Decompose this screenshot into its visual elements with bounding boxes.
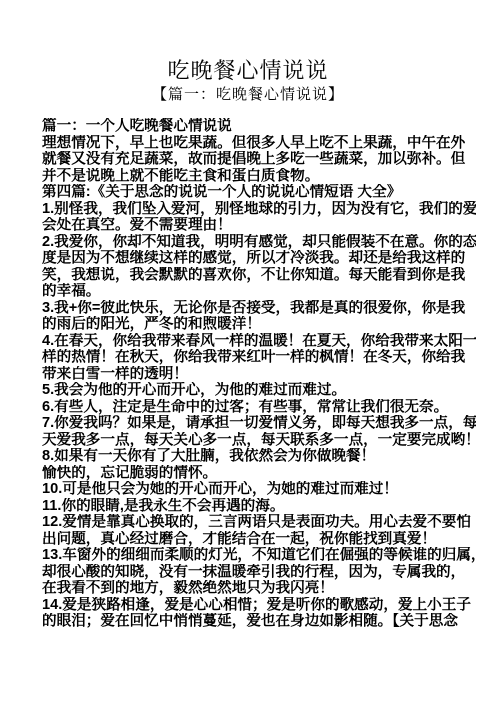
body-line: 1.别怪我，我们坠入爱河，别怪地球的引力，因为没有它，我们的爱 [42,201,476,218]
body-line: 会处在真空。爱不需要理由！ [42,217,476,234]
body-line: 7.你爱我吗？如果是，请承担一切爱情义务，即每天想我多一点，每 [42,415,476,432]
body-line: 3.我+你=彼此快乐，无论你是否接受，我都是真的很爱你，你是我 [42,300,476,317]
body-line: 愉快的，忘记脆弱的情怀。 [42,465,476,482]
body-line: 篇一：一个人吃晚餐心情说说 [42,118,476,135]
body-line: 出问题，真心经过磨合，才能结合在一起，祝你能找到真爱！ [42,531,476,548]
body-line: 的眼泪；爱在回忆中悄悄蔓延，爱也在身边如影相随。【关于思念 [42,613,476,630]
body-line: 笑，我想说，我会默默的喜欢你，不让你知道。每天能看到你是我 [42,267,476,284]
body-line: 的雨后的阳光，严冬的和煦暖洋！ [42,316,476,333]
body-line: 却很心酸的知晓，没有一抹温暖牵引我的行程，因为，专属我的， [42,564,476,581]
body-line: 2.我爱你，你却不知道我，明明有感觉，却只能假装不在意。你的态 [42,234,476,251]
body-line: 10.可是他只会为她的开心而开心，为她的难过而难过！ [42,481,476,498]
body-line: 14.爱是狭路相逢，爱是心心相惜；爱是听你的歌感动，爱上小王子 [42,597,476,614]
page-subtitle: 【篇一：吃晚餐心情说说】 [0,85,496,105]
body-line: 4.在春天，你给我带来春风一样的温暖！在夏天，你给我带来太阳一 [42,333,476,350]
page-title: 吃晚餐心情说说 [0,57,496,85]
body-line: 天爱我多一点，每天关心多一点，每天联系多一点，一定要完成哟！ [42,432,476,449]
body-line: 5.我会为他的开心而开心，为他的难过而难过。 [42,382,476,399]
body-line: 并不是说晚上就不能吃主食和蛋白质食物。 [42,168,476,185]
body-line: 13.车窗外的细细而柔顺的灯光，不知道它们在倔强的等候谁的归属， [42,547,476,564]
body-line: 的幸福。 [42,283,476,300]
body-line: 在我看不到的地方，毅然绝然地只为我闪亮！ [42,580,476,597]
body-line: 6.有些人，注定是生命中的过客；有些事，常常让我们很无奈。 [42,399,476,416]
body-lines: 篇一：一个人吃晚餐心情说说理想情况下，早上也吃果蔬。但很多人早上吃不上果蔬，中午… [0,118,496,630]
body-line: 12.爱情是靠真心换取的，三言两语只是表面功夫。用心去爱不要怕 [42,514,476,531]
body-line: 样的热情！在秋天，你给我带来红叶一样的枫情！在冬天，你给我 [42,349,476,366]
body-line: 就餐又没有充足蔬菜，故而提倡晚上多吃一些蔬菜，加以弥补。但 [42,151,476,168]
body-line: 度是因为不想继续这样的感觉，所以才冷淡我。却还是给我这样的 [42,250,476,267]
body-line: 8.如果有一天你有了大肚腩，我依然会为你做晚餐！ [42,448,476,465]
document-page: 吃晚餐心情说说 【篇一：吃晚餐心情说说】 篇一：一个人吃晚餐心情说说理想情况下，… [0,0,496,702]
body-line: 带来白雪一样的透明！ [42,366,476,383]
body-line: 第四篇:《关于思念的说说一个人的说说心情短语 大全》 [42,184,476,201]
body-line: 理想情况下，早上也吃果蔬。但很多人早上吃不上果蔬，中午在外 [42,135,476,152]
body-line: 11.你的眼睛,是我永生不会再遇的海。 [42,498,476,515]
